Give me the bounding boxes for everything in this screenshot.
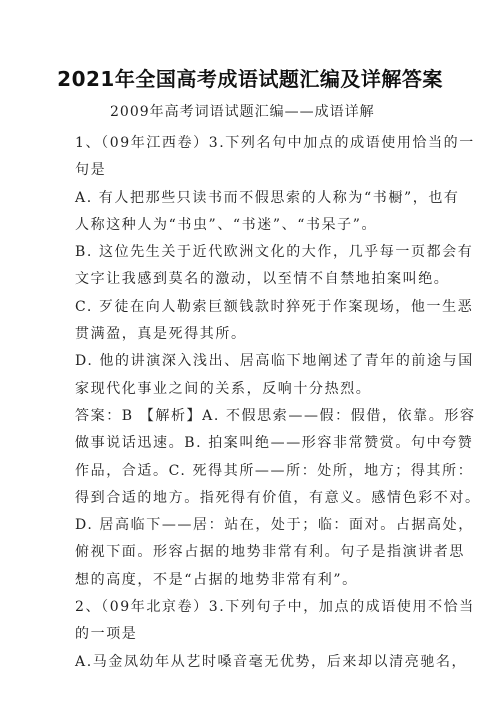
document-subtitle: 2009年高考词语试题汇编——成语详解 [110, 101, 375, 121]
text-line: 俯视下面。形容占据的地势非常有利。句子是指演讲者思 [75, 539, 420, 566]
text-line: 家现代化事业之间的关系，反响十分热烈。 [75, 376, 420, 403]
document-title: 2021年全国高考成语试题汇编及详解答案 [0, 63, 500, 92]
text-line: 人称这种人为“书虫”、“书迷”、“书呆子”。 [75, 212, 420, 239]
text-line: C. 歹徒在向人勒索巨额钱款时猝死于作案现场，他一生恶 [75, 294, 420, 321]
text-line: 作品，合适。C. 死得其所——所：处所，地方；得其所： [75, 458, 420, 485]
text-line: D. 他的讲演深入浅出、居高临下地阐述了青年的前途与国 [75, 348, 420, 375]
text-line: 1、（09年江西卷）3.下列名句中加点的成语使用恰当的一 [75, 130, 420, 157]
text-line: 想的高度，不是“占据的地势非常有利”。 [75, 567, 420, 594]
text-line: 得到合适的地方。指死得有价值，有意义。感情色彩不对。 [75, 485, 420, 512]
document-body: 1、（09年江西卷）3.下列名句中加点的成语使用恰当的一 句是 A. 有人把那些… [75, 130, 420, 676]
text-line: 贯满盈，真是死得其所。 [75, 321, 420, 348]
text-line: D. 居高临下——居：站在，处于；临：面对。占据高处， [75, 512, 420, 539]
text-line: 文字让我感到莫名的激动，以至情不自禁地拍案叫绝。 [75, 266, 420, 293]
text-line: B. 这位先生关于近代欧洲文化的大作，几乎每一页都会有 [75, 239, 420, 266]
text-line: 句是 [75, 157, 420, 184]
document-page: 2021年全国高考成语试题汇编及详解答案 2009年高考词语试题汇编——成语详解… [0, 0, 500, 708]
text-line: A. 有人把那些只读书而不假思索的人称为“书橱”，也有 [75, 185, 420, 212]
text-line: 2、（09年北京卷）3.下列句子中，加点的成语使用不恰当 [75, 594, 420, 621]
text-line: 的一项是 [75, 621, 420, 648]
text-line: 做事说话迅速。B. 拍案叫绝——形容非常赞赏。句中夸赞 [75, 430, 420, 457]
text-line: 答案：B 【解析】A. 不假思索——假：假借，依靠。形容 [75, 403, 420, 430]
text-line: A.马金凤幼年从艺时嗓音毫无优势，后来却以清亮驰名， [75, 649, 420, 676]
